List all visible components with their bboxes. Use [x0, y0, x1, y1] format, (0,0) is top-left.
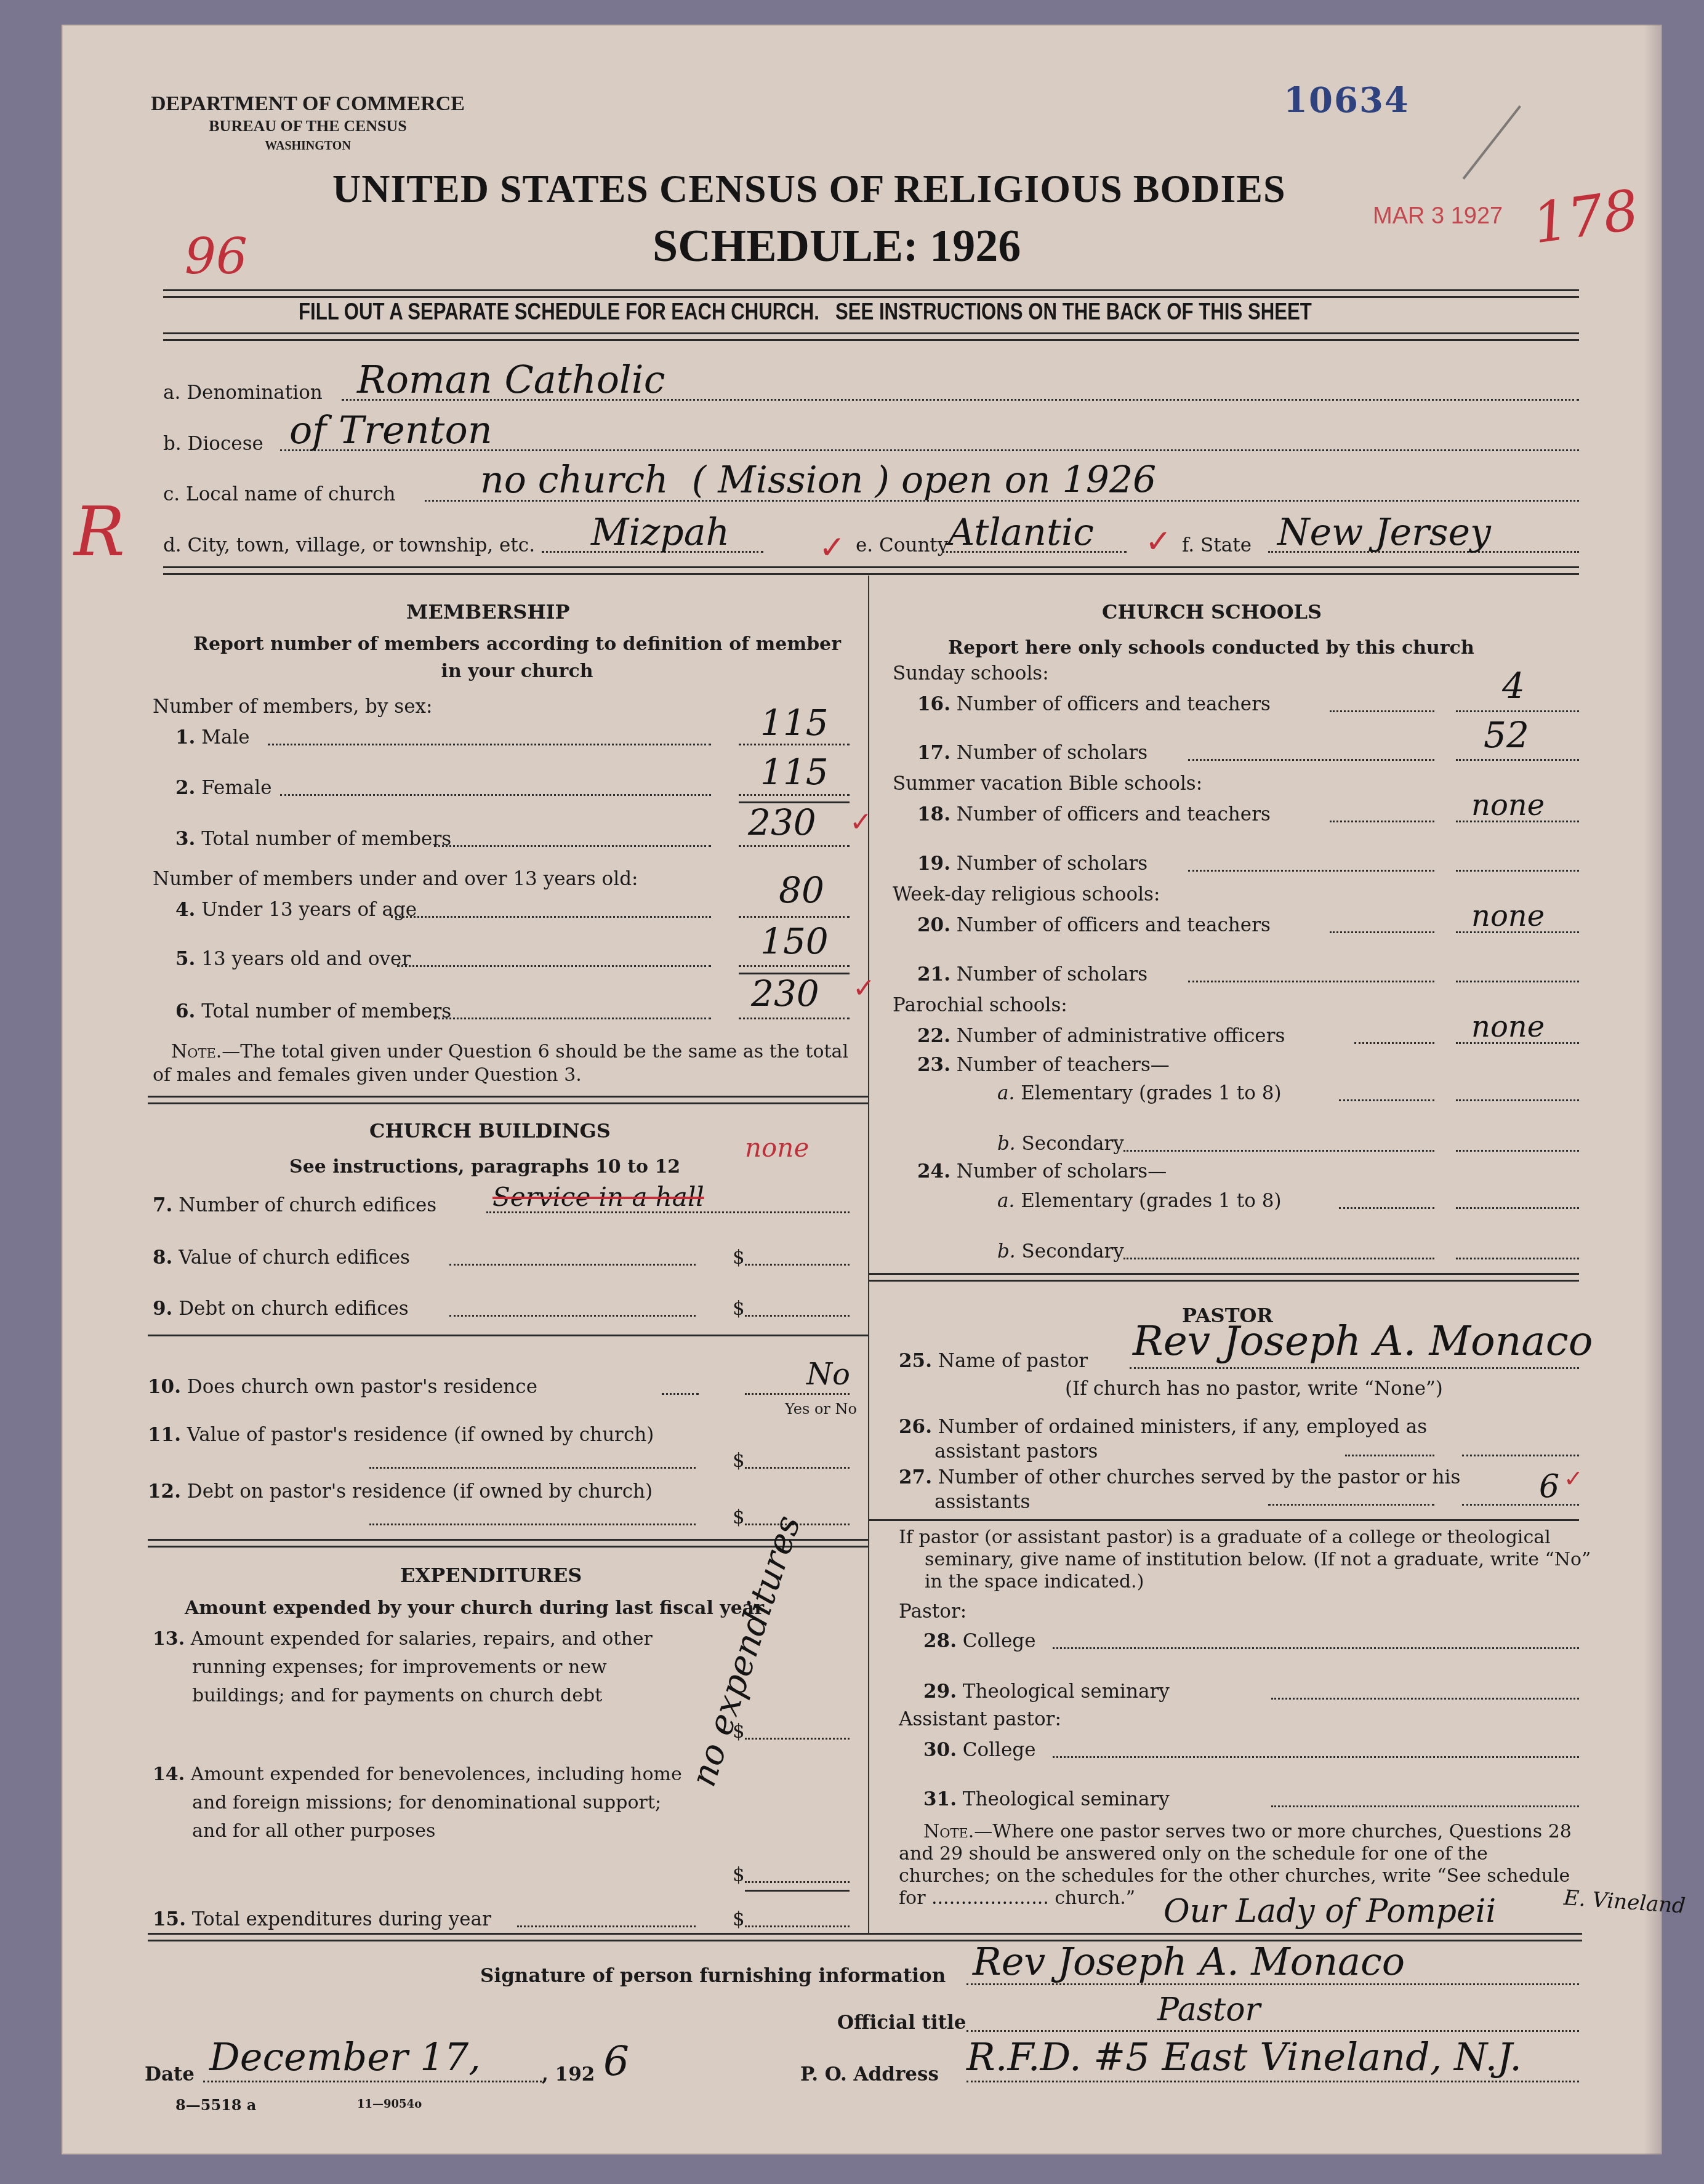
edifices-count-label: 7. Number of church edifices	[153, 1194, 436, 1216]
13-and-over-value[interactable]: 150	[760, 920, 829, 962]
by-sex-label: Number of members, by sex:	[153, 696, 433, 718]
expenditure-15-label: 15. Total expenditures during year	[153, 1908, 491, 1930]
membership-subheading: Report number of members according to de…	[191, 631, 843, 685]
q20-label: 20. Number of officers and teachers	[917, 914, 1271, 936]
expenditure-13-field[interactable]	[745, 1738, 850, 1740]
q29-field[interactable]	[1271, 1698, 1579, 1700]
bureau-city: WASHINGTON	[135, 139, 480, 153]
date-line	[203, 2081, 542, 2082]
q19-leader	[1188, 870, 1434, 872]
church-schools-heading: CHURCH SCHOOLS	[1102, 600, 1322, 624]
signature-value[interactable]: Rev Joseph A. Monaco	[973, 1939, 1405, 1984]
q16-label: 16. Number of officers and teachers	[917, 693, 1271, 715]
q31-field[interactable]	[1271, 1805, 1579, 1807]
assistant-sub-label: Assistant pastor:	[899, 1708, 1061, 1730]
q27-line	[1462, 1504, 1579, 1506]
q24-label: 24. Number of scholars—	[917, 1160, 1167, 1182]
residence-debt-leader	[369, 1524, 696, 1525]
weekday-schools-label: Week-day religious schools:	[893, 883, 1160, 905]
q23a-leader	[1339, 1099, 1434, 1101]
q21-field[interactable]	[1456, 981, 1579, 982]
pastor-divider	[869, 1519, 1579, 1521]
q22-label: 22. Number of administrative officers	[917, 1025, 1285, 1047]
q28-field[interactable]	[1053, 1647, 1579, 1649]
red-check-icon: ✓	[1145, 523, 1172, 560]
state-value[interactable]: New Jersey	[1277, 511, 1491, 554]
column-divider	[868, 576, 869, 1933]
total-members-label: 3. Total number of members	[175, 828, 451, 850]
total-members-value[interactable]: 230	[748, 801, 816, 843]
review-mark-r: R	[74, 492, 125, 571]
dollar-sign: $	[733, 1247, 745, 1269]
official-title-line	[967, 2030, 1579, 2032]
q17-line	[1456, 759, 1579, 761]
expenditures-heading: EXPENDITURES	[400, 1564, 582, 1587]
q19-field[interactable]	[1456, 870, 1579, 872]
q21-leader	[1188, 981, 1434, 982]
total-members-2-label: 6. Total number of members	[175, 1000, 451, 1022]
q26-leader	[1345, 1455, 1434, 1456]
yes-no-hint: Yes or No	[785, 1400, 857, 1418]
membership-heading: MEMBERSHIP	[406, 600, 570, 624]
date-label: Date	[145, 2063, 195, 2086]
expenditure-14-field[interactable]	[745, 1881, 850, 1883]
q30-label: 30. College	[923, 1739, 1036, 1761]
address-label: P. O. Address	[800, 2063, 939, 2086]
male-value[interactable]: 115	[760, 702, 829, 744]
total2-leader	[434, 1018, 711, 1019]
over13-line	[739, 965, 850, 967]
edifices-value-field[interactable]	[745, 1264, 850, 1266]
q22-leader	[1354, 1042, 1434, 1044]
address-line	[967, 2081, 1579, 2082]
owns-residence-label: 10. Does church own pastor's residence	[148, 1376, 537, 1398]
q29-label: 29. Theological seminary	[923, 1680, 1170, 1703]
summer-schools-label: Summer vacation Bible schools:	[893, 773, 1202, 795]
form-title: UNITED STATES CENSUS OF RELIGIOUS BODIES	[332, 166, 1286, 212]
expenditures-subheading: Amount expended by your church during la…	[185, 1597, 764, 1619]
dollar-sign: $	[733, 1908, 745, 1930]
margin-number-left: 96	[185, 228, 247, 285]
under-13-label: 4. Under 13 years of age	[175, 899, 417, 921]
parochial-schools-label: Parochial schools:	[893, 994, 1067, 1016]
pastor-name-value[interactable]: Rev Joseph A. Monaco	[1133, 1317, 1593, 1365]
q18-leader	[1330, 821, 1434, 822]
residence-debt-label: 12. Debt on pastor's residence (if owned…	[148, 1477, 671, 1506]
expenditure-15-leader	[517, 1925, 696, 1927]
form-code-1: 8—5518 a	[175, 2096, 256, 2114]
pastor-name-label: 25. Name of pastor	[899, 1350, 1088, 1372]
buildings-divider	[148, 1335, 868, 1336]
q18-value[interactable]: none	[1471, 788, 1545, 822]
schedule-year: SCHEDULE: 1926	[653, 220, 1021, 273]
q16-leader	[1330, 710, 1434, 712]
schools-divider	[869, 1273, 1579, 1282]
edifices-count-value[interactable]: Service in a hall	[492, 1182, 704, 1212]
residence-value-field[interactable]	[745, 1467, 850, 1469]
total-members-2-value[interactable]: 230	[751, 973, 819, 1014]
form-code-2: 11—9054o	[357, 2098, 422, 2111]
total2-line	[739, 1018, 850, 1019]
q30-field[interactable]	[1053, 1756, 1579, 1758]
expenditure-15-field[interactable]	[745, 1925, 850, 1927]
official-title-label: Official title	[837, 2012, 966, 2034]
female-leader	[280, 794, 711, 796]
red-check-icon: ✓	[850, 806, 872, 838]
q24b-leader	[1123, 1258, 1434, 1259]
q20-leader	[1330, 931, 1434, 933]
male-line	[739, 744, 850, 745]
city-label: d. City, town, village, or township, etc…	[163, 534, 535, 556]
county-value[interactable]: Atlantic	[948, 511, 1094, 554]
expenditure-14-label: 14. Amount expended for benevolences, in…	[153, 1760, 691, 1845]
denomination-label: a. Denomination	[163, 382, 323, 404]
q18-label: 18. Number of officers and teachers	[917, 803, 1271, 825]
bureau-name: BUREAU OF THE CENSUS	[135, 117, 480, 135]
dollar-sign: $	[733, 1506, 745, 1528]
q17-leader	[1188, 759, 1434, 761]
red-check-icon: ✓	[1564, 1465, 1583, 1492]
membership-note: Note.—The total given under Question 6 s…	[153, 1040, 854, 1087]
owns-residence-value[interactable]: No	[806, 1357, 850, 1392]
red-check-icon: ✓	[819, 529, 846, 566]
pencil-check-icon	[1463, 105, 1527, 184]
pastor-sub-label: Pastor:	[899, 1600, 967, 1623]
church-buildings-subheading: See instructions, paragraphs 10 to 12	[289, 1156, 680, 1178]
local-name-value[interactable]: no church ( Mission ) open on 1926	[480, 459, 1156, 502]
female-label: 2. Female	[175, 777, 272, 799]
church-schools-subheading: Report here only schools conducted by th…	[948, 637, 1474, 659]
pastor-none-hint: (If church has no pastor, write “None”)	[1065, 1378, 1443, 1400]
church-buildings-heading: CHURCH BUILDINGS	[369, 1119, 611, 1142]
13-and-over-label: 5. 13 years old and over	[175, 948, 411, 970]
city-value[interactable]: Mizpah	[591, 511, 729, 554]
q23a-label: a. Elementary (grades 1 to 8)	[997, 1082, 1282, 1104]
age-label: Number of members under and over 13 year…	[153, 868, 638, 890]
state-label: f. State	[1182, 534, 1252, 556]
under13-leader	[391, 916, 711, 918]
edifices-debt-field[interactable]	[745, 1315, 850, 1317]
q24b-field[interactable]	[1456, 1258, 1579, 1259]
q23b-leader	[1123, 1150, 1434, 1152]
q21-label: 21. Number of scholars	[917, 963, 1147, 986]
q20-value[interactable]: none	[1471, 899, 1545, 933]
graduate-intro: If pastor (or assistant pastor) is a gra…	[899, 1527, 1602, 1593]
q24a-field[interactable]	[1456, 1207, 1579, 1209]
expenditure-13-label: 13. Amount expended for salaries, repair…	[153, 1625, 691, 1710]
received-date-stamp: MAR 3 1927	[1373, 203, 1503, 230]
other-churches-label: 27. Number of other churches served by t…	[899, 1465, 1489, 1514]
q24a-label: a. Elementary (grades 1 to 8)	[997, 1190, 1282, 1212]
expenditures-handwritten-note: no expenditures	[683, 1511, 808, 1791]
under13-line	[739, 916, 850, 918]
q28-label: 28. College	[923, 1630, 1036, 1652]
q23-label: 23. Number of teachers—	[917, 1054, 1170, 1076]
dollar-sign: $	[733, 1864, 745, 1886]
identification-divider	[163, 566, 1579, 575]
edifices-value-label: 8. Value of church edifices	[153, 1247, 410, 1269]
other-churches-value[interactable]: 6	[1539, 1468, 1559, 1505]
department-name: DEPARTMENT OF COMMERCE	[135, 92, 480, 116]
assistant-pastors-field[interactable]	[1462, 1455, 1579, 1456]
residence-value-label: 11. Value of pastor's residence (if owne…	[148, 1421, 671, 1449]
see-schedule-value[interactable]: Our Lady of Pompeii	[1163, 1893, 1496, 1930]
male-leader	[268, 744, 711, 745]
over13-leader	[397, 965, 711, 967]
q27-leader	[1268, 1504, 1434, 1506]
q23b-label: b. Secondary	[997, 1133, 1124, 1155]
residence-value-leader	[369, 1467, 696, 1469]
q17-value[interactable]: 52	[1484, 714, 1529, 756]
sunday-schools-label: Sunday schools:	[893, 662, 1049, 685]
membership-divider	[148, 1096, 868, 1104]
serial-number-stamp: 10634	[1284, 80, 1410, 121]
expenditure-sum-rule	[745, 1890, 850, 1892]
assistant-pastors-label: 26. Number of ordained ministers, if any…	[899, 1415, 1489, 1464]
county-label: e. County	[856, 534, 948, 556]
total-leader	[434, 845, 711, 847]
q16-line	[1456, 710, 1579, 712]
header-divider	[163, 289, 1579, 298]
date-value[interactable]: December 17,	[209, 2034, 481, 2079]
owns-residence-line	[745, 1393, 850, 1395]
q19-label: 19. Number of scholars	[917, 853, 1147, 875]
diocese-label: b. Diocese	[163, 433, 263, 455]
margin-number-right: 178	[1529, 178, 1643, 257]
address-value[interactable]: R.F.D. #5 East Vineland, N.J.	[967, 2034, 1522, 2079]
fill-out-instruction: FILL OUT A SEPARATE SCHEDULE FOR EACH CH…	[299, 299, 1312, 326]
total-line	[739, 845, 850, 847]
edifices-correction: none	[745, 1133, 809, 1163]
edifices-value-leader	[449, 1264, 696, 1266]
q31-label: 31. Theological seminary	[923, 1788, 1170, 1810]
denomination-value[interactable]: Roman Catholic	[357, 357, 665, 402]
see-schedule-red-note: E. Vineland	[1563, 1885, 1686, 1919]
signature-label: Signature of person furnishing informati…	[480, 1965, 946, 1987]
q23b-field[interactable]	[1456, 1150, 1579, 1152]
owns-residence-leader	[662, 1393, 699, 1395]
local-name-label: c. Local name of church	[163, 483, 395, 505]
diocese-value[interactable]: of Trenton	[289, 407, 492, 452]
pastor-name-line	[1130, 1367, 1579, 1369]
q24b-label: b. Secondary	[997, 1240, 1124, 1263]
census-form-paper: DEPARTMENT OF COMMERCE BUREAU OF THE CEN…	[62, 25, 1662, 2154]
q16-value[interactable]: 4	[1502, 665, 1525, 707]
male-label: 1. Male	[175, 726, 250, 749]
instruction-divider	[163, 332, 1579, 341]
female-value[interactable]: 115	[760, 751, 829, 793]
q22-value[interactable]: none	[1471, 1010, 1545, 1044]
date-year-prefix: , 192	[542, 2063, 595, 2086]
q17-label: 17. Number of scholars	[917, 742, 1147, 764]
dollar-sign: $	[733, 1450, 745, 1472]
edifices-debt-label: 9. Debt on church edifices	[153, 1298, 409, 1320]
q23a-field[interactable]	[1456, 1099, 1579, 1101]
date-year-digit[interactable]: 6	[603, 2037, 629, 2085]
official-title-value[interactable]: Pastor	[1157, 1991, 1260, 2028]
q24a-leader	[1339, 1207, 1434, 1209]
female-line	[739, 794, 850, 796]
under-13-value[interactable]: 80	[779, 869, 824, 911]
dollar-sign: $	[733, 1298, 745, 1320]
edifices-debt-leader	[449, 1315, 696, 1317]
red-check-icon: ✓	[853, 973, 875, 1004]
